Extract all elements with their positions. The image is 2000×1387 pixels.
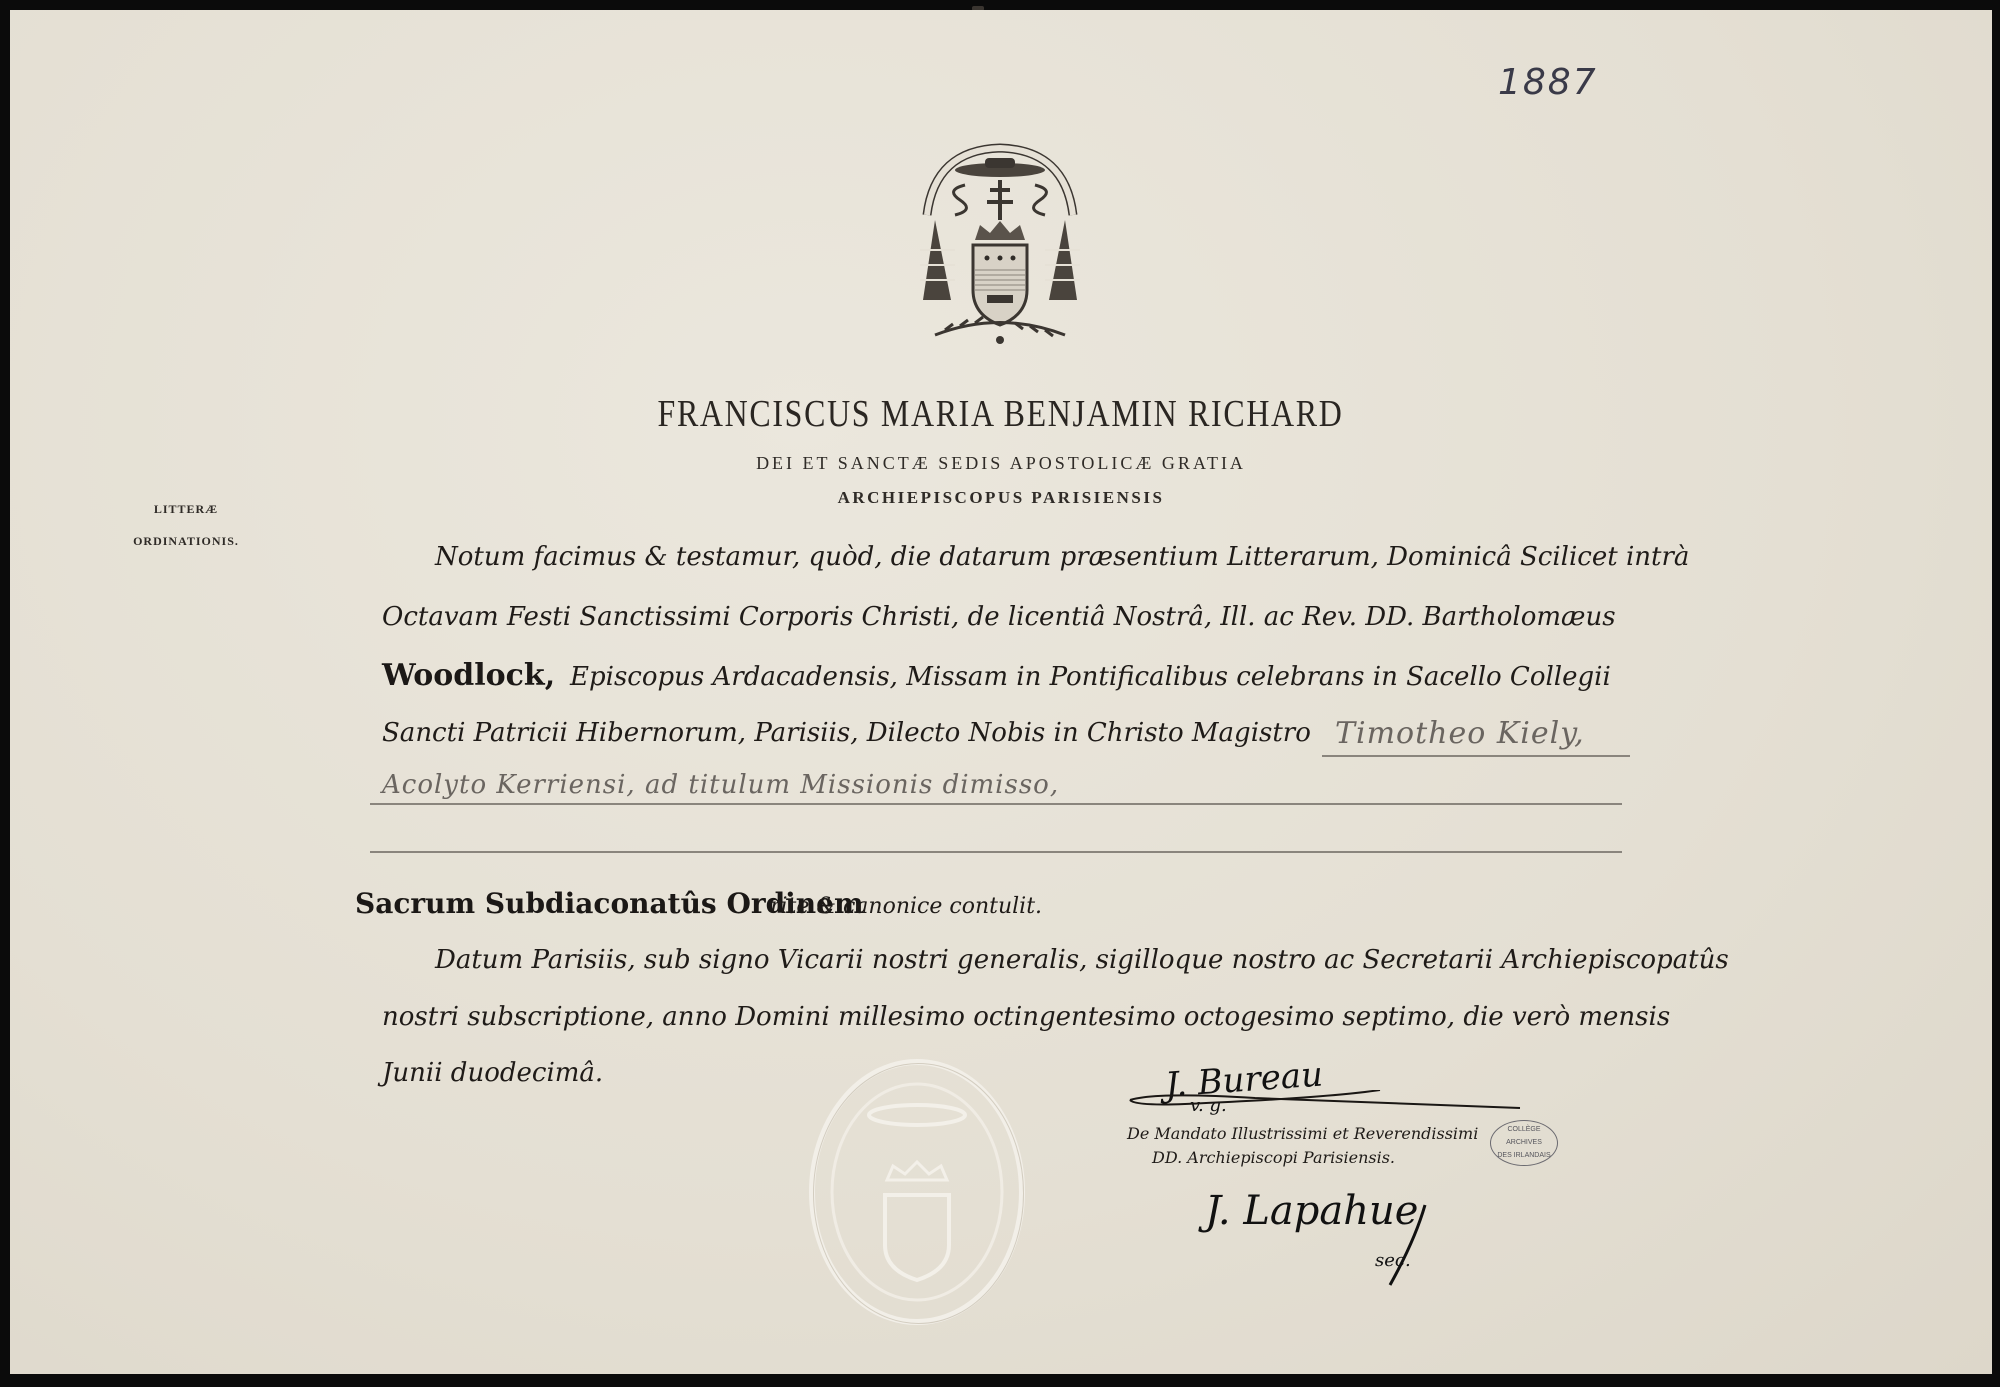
coat-of-arms-icon <box>905 140 1095 355</box>
stamp-line-3: DES IRLANDAIS <box>1491 1149 1557 1162</box>
ordinand-name: Timotheo Kiely, <box>1335 716 1585 751</box>
order-conferred-script: rite & canonice contulit. <box>770 894 1042 919</box>
dating-line-3: Junii duodecimâ. <box>382 1058 603 1088</box>
stamp-line-2: ARCHIVES <box>1491 1136 1557 1149</box>
fill-line-3 <box>370 851 1622 853</box>
fill-line-2 <box>370 803 1622 805</box>
margin-label-line2: ORDINATIONIS. <box>106 534 266 549</box>
bishop-surname: Woodlock, <box>382 658 555 693</box>
embossed-seal-icon <box>805 1055 1030 1330</box>
year-annotation: 1887 <box>1498 62 1598 103</box>
body-line-2: Octavam Festi Sanctissimi Corporis Chris… <box>382 602 1616 632</box>
mandate-line-1: De Mandato Illustrissimi et Reverendissi… <box>1127 1124 1478 1143</box>
archive-stamp: COLLÈGE ARCHIVES DES IRLANDAIS <box>1490 1120 1558 1166</box>
dating-line-2: nostri subscriptione, anno Domini milles… <box>382 1002 1670 1032</box>
body-line-3: Episcopus Ardacadensis, Missam in Pontif… <box>570 662 1611 692</box>
signature-stroke-icon <box>1375 1200 1435 1290</box>
header-office: ARCHIEPISCOPUS PARISIENSIS <box>10 488 1992 508</box>
certificate-page: 1887 FRANCISCUS MARIA BENJAMIN RICHARD D… <box>10 10 1992 1374</box>
mandate-line-2: DD. Archiepiscopi Parisiensis. <box>1152 1148 1395 1167</box>
dating-line-1: Datum Parisiis, sub signo Vicarii nostri… <box>435 945 1729 975</box>
handwritten-line: Acolyto Kerriensi, ad titulum Missionis … <box>382 770 1059 800</box>
header-subtitle: DEI ET SANCTÆ SEDIS APOSTOLICÆ GRATIA <box>10 453 1992 474</box>
archbishop-name: FRANCISCUS MARIA BENJAMIN RICHARD <box>168 392 1833 436</box>
stamp-line-1: COLLÈGE <box>1491 1123 1557 1136</box>
signature-flourish-icon <box>1125 1090 1525 1120</box>
body-line-1: Notum facimus & testamur, quòd, die data… <box>435 542 1689 572</box>
body-line-4: Sancti Patricii Hibernorum, Parisiis, Di… <box>382 718 1311 748</box>
margin-label-line1: LITTERÆ <box>106 502 266 517</box>
fill-line-1 <box>1322 755 1630 757</box>
